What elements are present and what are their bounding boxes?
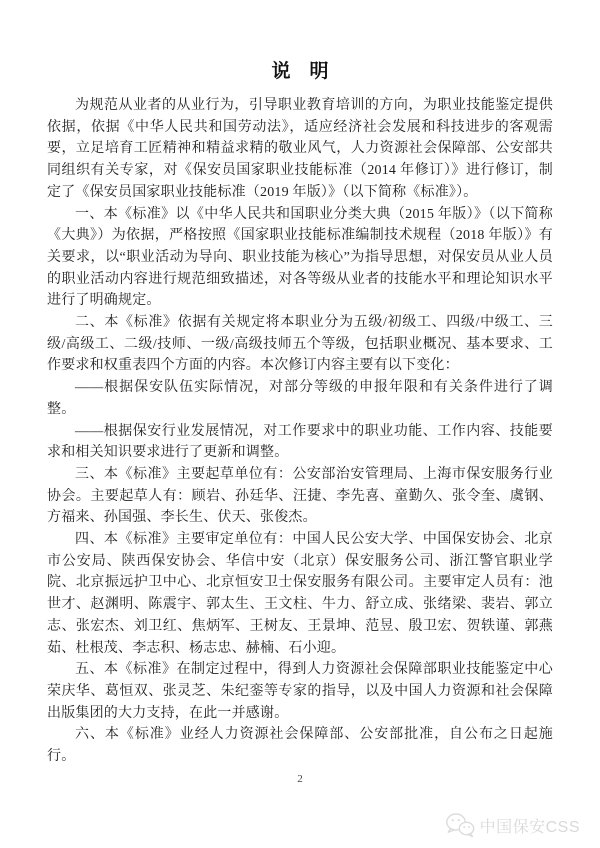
watermark-text: 中国保安CSS [480,814,580,837]
watermark: 中国保安CSS [445,812,580,838]
document-content: 说 明 为规范从业者的从业行为，引导职业教育培训的方向，为职业技能鉴定提供依据，… [47,56,553,768]
paragraph-change-2: ——根据保安行业发展情况，对工作要求中的职业功能、工作内容、技能要求和相关知识要… [47,421,553,464]
wechat-icon [445,812,475,838]
paragraph-item-2: 二、本《标准》依据有关规定将本职业分为五级/初级工、四级/中级工、三级/高级工、… [47,312,553,377]
paragraph-intro: 为规范从业者的从业行为，引导职业教育培训的方向，为职业技能鉴定提供依据，依据《中… [47,95,553,204]
page-title: 说 明 [47,56,553,88]
paragraph-item-5: 五、本《标准》在制定过程中，得到人力资源社会保障部职业技能鉴定中心荣庆华、葛恒双… [47,659,553,724]
paragraph-item-4: 四、本《标准》主要审定单位有：中国人民公安大学、中国保安协会、北京市公安局、陕西… [47,529,553,659]
document-page: 说 明 为规范从业者的从业行为，引导职业教育培训的方向，为职业技能鉴定提供依据，… [0,0,600,848]
paragraph-change-1: ——根据保安队伍实际情况，对部分等级的申报年限和有关条件进行了调整。 [47,377,553,420]
page-number: 2 [0,773,600,785]
paragraph-item-6: 六、本《标准》业经人力资源社会保障部、公安部批准，自公布之日起施行。 [47,724,553,767]
paragraph-item-1: 一、本《标准》以《中华人民共和国职业分类大典（2015 年版）》（以下简称《大典… [47,204,553,313]
paragraph-item-3: 三、本《标准》主要起草单位有：公安部治安管理局、上海市保安服务行业协会。主要起草… [47,464,553,529]
